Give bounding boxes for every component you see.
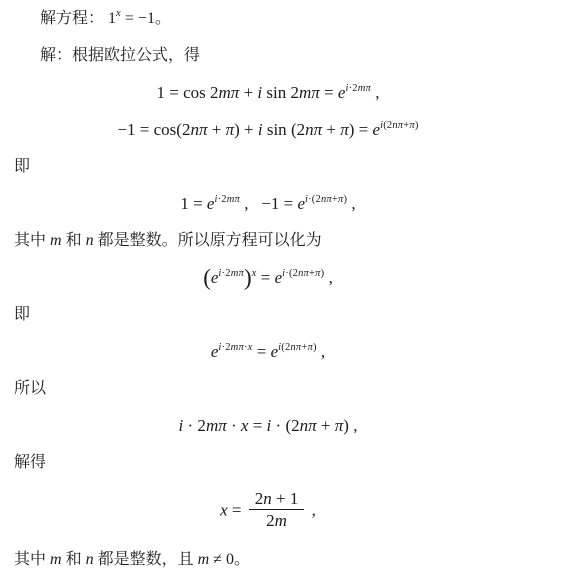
- eq-exponential-forms: 1 = ei·2mπ , −1 = ei·(2nπ+π) ,: [14, 192, 570, 216]
- fraction-denominator: 2m: [249, 509, 305, 531]
- math-token: nπ: [300, 416, 317, 435]
- math-token: ,: [307, 500, 316, 519]
- math-token: n: [86, 551, 94, 568]
- math-token: =: [320, 83, 338, 102]
- math-token: ) =: [349, 120, 373, 139]
- math-token: ,: [371, 83, 380, 102]
- math-token: π: [226, 120, 235, 139]
- math-solution-document: 解方程： 1x = −1。 解：根据欧拉公式，得 1 = cos 2mπ + i…: [0, 0, 584, 572]
- text-conclusion: 其中 m 和 n 都是整数，且 m ≠ 0。: [14, 548, 570, 572]
- math-token: mπ: [219, 83, 240, 102]
- connective-therefore: 所以: [14, 377, 570, 401]
- math-token: π: [335, 416, 344, 435]
- math-token: e: [373, 120, 381, 139]
- math-token: 所以: [14, 380, 46, 397]
- math-token: =: [253, 342, 271, 361]
- math-token: ·2: [218, 194, 227, 205]
- math-token: n: [86, 232, 94, 249]
- math-token: 1 = cos 2: [157, 83, 219, 102]
- eq-exponent-product: ei·2mπ·x = ei(2nπ+π) ,: [14, 340, 570, 364]
- math-token: 1 =: [180, 194, 207, 213]
- math-token: m: [198, 551, 210, 568]
- math-token: m: [275, 511, 287, 530]
- fraction-numerator: 2n + 1: [249, 488, 305, 509]
- math-token: +: [239, 83, 257, 102]
- solution-intro: 解：根据欧拉公式，得: [14, 44, 570, 68]
- math-token: +: [317, 416, 335, 435]
- math-token: ·2: [222, 342, 231, 353]
- problem-statement: 解方程： 1x = −1。: [14, 7, 570, 31]
- math-token: 。: [234, 551, 250, 568]
- math-token: 都是整数。所以原方程可以化为: [94, 232, 322, 249]
- math-token: nπ: [298, 268, 309, 279]
- math-token: (2: [285, 416, 299, 435]
- math-token: m: [50, 551, 62, 568]
- math-token: ·(2: [285, 268, 298, 279]
- connective-that-is-2: 即: [14, 303, 570, 327]
- math-token: 解：根据欧拉公式，得: [40, 47, 200, 64]
- math-token: 解得: [14, 454, 46, 471]
- math-token: , −1 =: [240, 194, 297, 213]
- math-token: m: [50, 232, 62, 249]
- math-token: nπ: [290, 342, 301, 353]
- math-token: 和: [62, 551, 86, 568]
- math-token: 解方程：: [40, 10, 108, 27]
- math-token: ≠ 0: [209, 551, 234, 568]
- math-token: ) +: [234, 120, 258, 139]
- math-token: nπ: [392, 120, 403, 131]
- math-token: 其中: [14, 232, 50, 249]
- math-token: ,: [317, 342, 326, 361]
- math-token: e: [297, 194, 305, 213]
- math-token: nπ: [190, 120, 207, 139]
- math-token: 即: [14, 306, 30, 323]
- math-token: sin 2: [262, 83, 299, 102]
- math-token: + 1: [272, 489, 299, 508]
- math-token: mπ: [231, 268, 244, 279]
- math-token: ) ,: [343, 416, 357, 435]
- math-token: −1 = cos: [117, 120, 176, 139]
- math-token: +: [322, 120, 340, 139]
- math-token: mπ: [227, 194, 240, 205]
- math-token: mπ: [358, 83, 371, 94]
- math-token: 其中: [14, 551, 50, 568]
- math-token: ·(2: [308, 194, 321, 205]
- connective-that-is-1: 即: [14, 155, 570, 179]
- math-token: nπ: [321, 194, 332, 205]
- math-token: ·: [271, 416, 285, 435]
- math-token: n: [263, 489, 272, 508]
- math-token: ,: [324, 268, 333, 287]
- math-token: 和: [62, 232, 86, 249]
- math-token: ,: [347, 194, 356, 213]
- math-token: +: [207, 120, 225, 139]
- eq-linear-equation: i · 2mπ · x = i · (2nπ + π) ,: [14, 414, 570, 438]
- math-token: nπ: [305, 120, 322, 139]
- math-token: sin: [263, 120, 291, 139]
- eq-euler-negative-one: −1 = cos(2nπ + π) + i sin (2nπ + π) = ei…: [14, 118, 570, 142]
- math-token: mπ: [206, 416, 227, 435]
- math-token: 1: [108, 10, 116, 27]
- connective-solving-gives: 解得: [14, 451, 570, 475]
- math-token: ): [415, 120, 419, 131]
- math-token: mπ: [299, 83, 320, 102]
- math-token: ·2: [349, 83, 358, 94]
- math-token: 即: [14, 158, 30, 175]
- math-token: x: [220, 500, 228, 519]
- math-token: = −1: [121, 10, 155, 27]
- fraction: 2n + 12m: [249, 488, 305, 531]
- math-token: (2: [383, 120, 392, 131]
- math-token: e: [275, 268, 283, 287]
- math-token: =: [228, 500, 246, 519]
- math-token: mπ: [231, 342, 244, 353]
- math-token: (: [203, 265, 211, 290]
- math-token: 2: [266, 511, 275, 530]
- math-token: (2: [176, 120, 190, 139]
- eq-euler-positive-one: 1 = cos 2mπ + i sin 2mπ = ei·2mπ ,: [14, 81, 570, 105]
- math-token: 都是整数，且: [94, 551, 198, 568]
- math-token: ): [244, 265, 252, 290]
- math-token: ·: [227, 416, 241, 435]
- math-token: =: [248, 416, 266, 435]
- math-token: =: [256, 268, 274, 287]
- math-token: (2: [291, 120, 305, 139]
- math-token: e: [271, 342, 279, 361]
- eq-solution-fraction: x = 2n + 12m ,: [14, 488, 570, 535]
- math-token: 2: [255, 489, 264, 508]
- text-integers-transform: 其中 m 和 n 都是整数。所以原方程可以化为: [14, 229, 570, 253]
- math-token: π: [340, 120, 349, 139]
- math-token: 。: [155, 10, 171, 27]
- eq-power-form: (ei·2mπ)x = ei·(2nπ+π) ,: [14, 266, 570, 290]
- math-token: · 2: [183, 416, 206, 435]
- math-token: ·2: [222, 268, 231, 279]
